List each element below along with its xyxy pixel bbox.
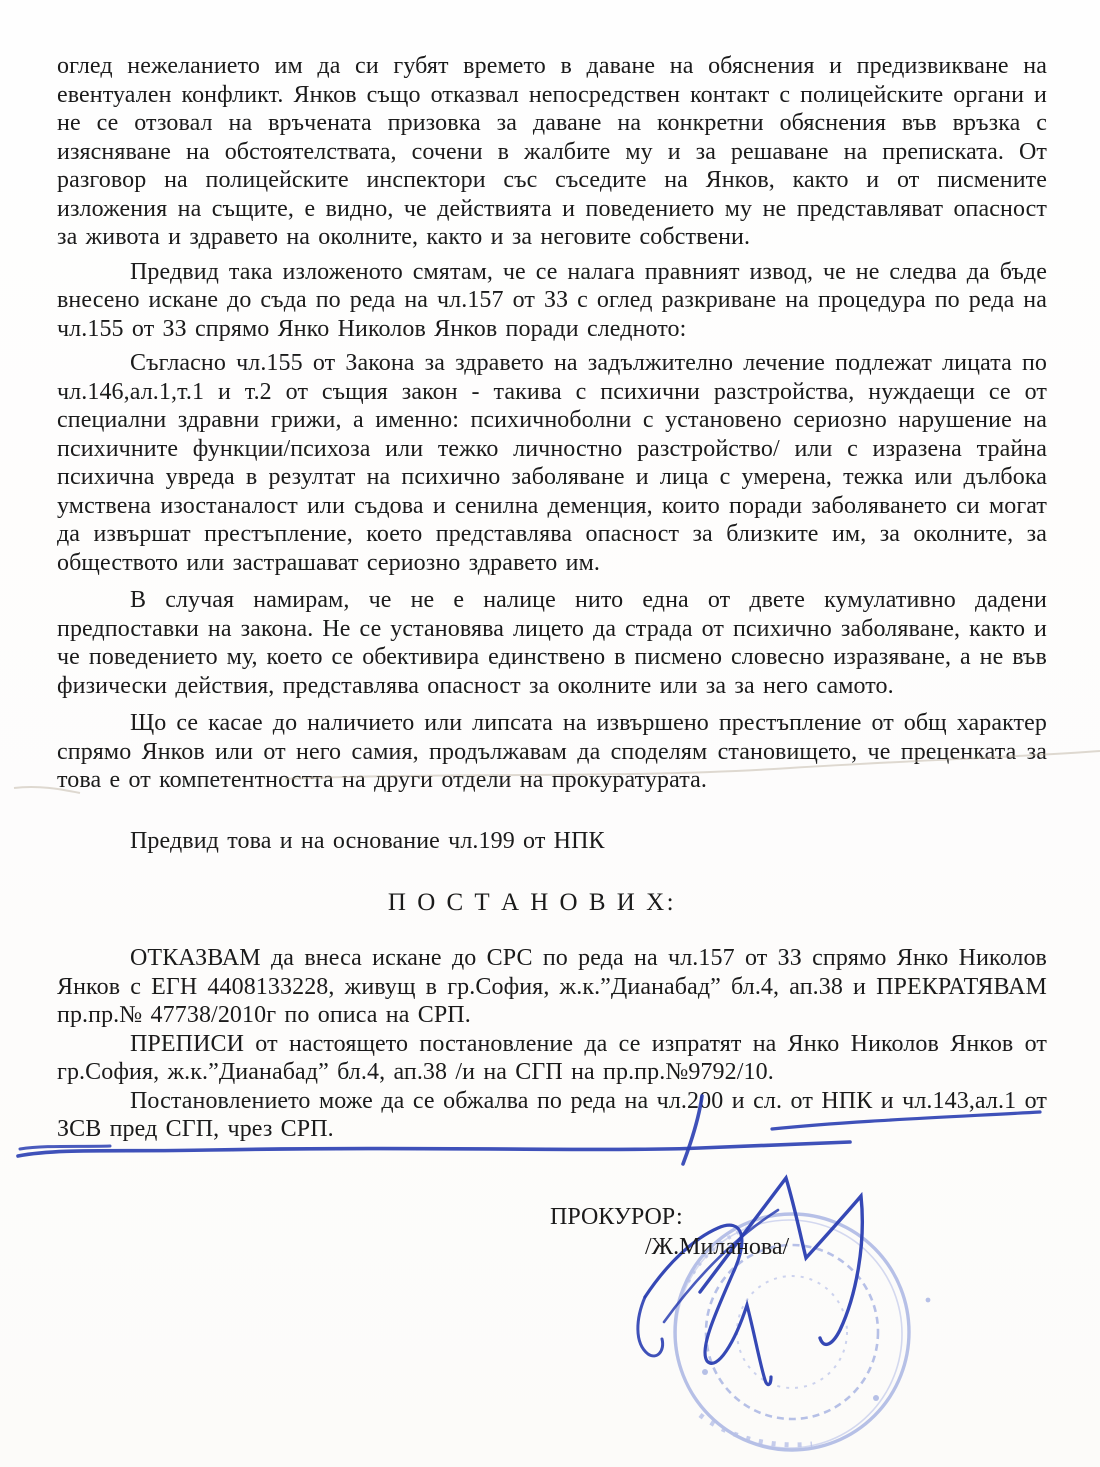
paragraph-legal-basis: Предвид това и на основание чл.199 от НП…: [57, 827, 1047, 856]
paragraph-law-citation: Съгласно чл.155 от Закона за здравето на…: [57, 349, 1047, 577]
paragraph-refusal: ОТКАЗВАМ да внеса искане до СРС по реда …: [57, 944, 1047, 1030]
signature-block: ПРОКУРОР: /Ж.Миланова/: [57, 1204, 1047, 1261]
paragraph-competence: Що се касае до наличието или липсата на …: [57, 709, 1047, 795]
scanned-document-page: оглед нежеланието им да си губят времето…: [0, 0, 1100, 1467]
paragraph-continuation: оглед нежеланието им да си губят времето…: [57, 52, 1047, 252]
paragraph-copies: ПРЕПИСИ от настоящето постановление да с…: [57, 1030, 1047, 1087]
decree-heading: П О С Т А Н О В И Х:: [37, 889, 1027, 917]
document-text-block: оглед нежеланието им да си губят времето…: [57, 52, 1047, 1261]
paragraph-findings: В случая намирам, че не е налице нито ед…: [57, 586, 1047, 700]
paragraph-appeal: Постановлението може да се обжалва по ре…: [57, 1087, 1047, 1144]
prosecutor-role-label: ПРОКУРОР:: [550, 1204, 1047, 1231]
prosecutor-name: /Ж.Миланова/: [645, 1234, 1047, 1261]
paragraph-legal-conclusion: Предвид така изложеното смятам, че се на…: [57, 258, 1047, 344]
